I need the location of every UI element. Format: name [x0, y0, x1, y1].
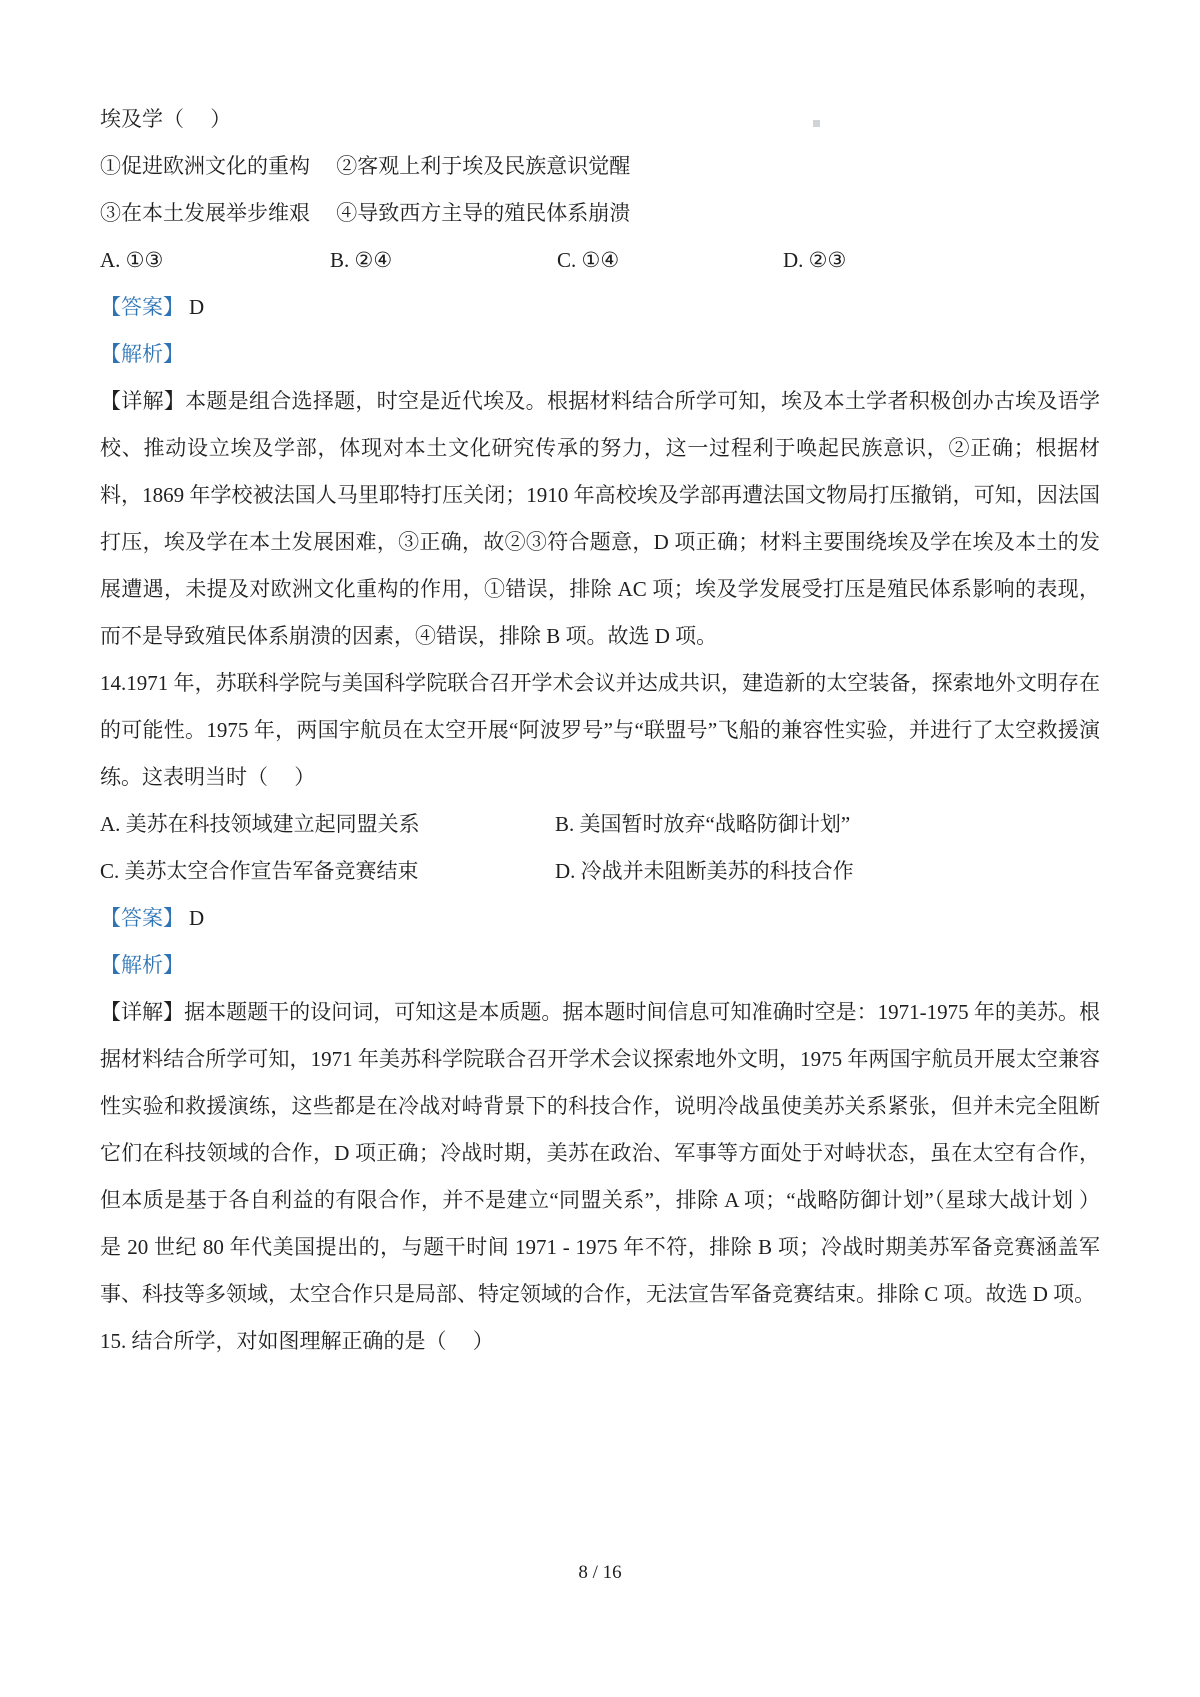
answer-label: 【答案】 [100, 295, 184, 319]
q13-detail-paragraph: 【详解】本题是组合选择题，时空是近代埃及。根据材料结合所学可知，埃及本土学者积极… [100, 378, 1100, 660]
q14-answer-value: D [189, 906, 204, 930]
document-page-content: 埃及学（ ） ①促进欧洲文化的重构 ②客观上利于埃及民族意识觉醒 ③在本土发展举… [100, 96, 1100, 1365]
page-number-footer: 8 / 16 [0, 1560, 1200, 1586]
q15-number: 15. [100, 1329, 126, 1353]
q14-stem-paragraph: 14.1971 年，苏联科学院与美国科学院联合召开学术会议并达成共识，建造新的太… [100, 660, 1100, 801]
q13-answer-line: 【答案】D [100, 284, 1100, 331]
analysis-label: 【解析】 [100, 953, 184, 977]
q15-stem-line: 15. 结合所学，对如图理解正确的是（ ） [100, 1318, 1100, 1365]
q13-analysis-line: 【解析】 [100, 331, 1100, 378]
q13-options-row: A. ①③ B. ②④ C. ①④ D. ②③ [100, 237, 1100, 284]
q14-answer-line: 【答案】D [100, 895, 1100, 942]
q13-option-b: B. ②④ [330, 237, 557, 284]
q13-option-d: D. ②③ [783, 237, 1100, 284]
analysis-label: 【解析】 [100, 342, 184, 366]
q14-number: 14. [100, 671, 126, 695]
q14-option-d: D. 冷战并未阻断美苏的科技合作 [555, 848, 1100, 895]
q13-option-c: C. ①④ [557, 237, 783, 284]
q14-options-grid: A. 美苏在科技领域建立起同盟关系 B. 美国暂时放弃“战略防御计划” C. 美… [100, 801, 1100, 895]
q15-stem-text: 结合所学，对如图理解正确的是（ ） [126, 1329, 494, 1353]
q13-detail-text: 本题是组合选择题，时空是近代埃及。根据材料结合所学可知，埃及本土学者积极创办古埃… [100, 389, 1100, 648]
q13-statement-3-4: ③在本土发展举步维艰 ④导致西方主导的殖民体系崩溃 [100, 190, 1100, 237]
q14-detail-paragraph: 【详解】据本题题干的设问词，可知这是本质题。据本题时间信息可知准确时空是：197… [100, 989, 1100, 1318]
q14-option-c: C. 美苏太空合作宣告军备竞赛结束 [100, 848, 555, 895]
q13-answer-value: D [189, 295, 204, 319]
q14-analysis-line: 【解析】 [100, 942, 1100, 989]
q14-detail-text: 据本题题干的设问词，可知这是本质题。据本题时间信息可知准确时空是：1971-19… [100, 1000, 1100, 1306]
q13-statement-1-2: ①促进欧洲文化的重构 ②客观上利于埃及民族意识觉醒 [100, 143, 1100, 190]
q13-option-a: A. ①③ [100, 237, 330, 284]
detail-label: 【详解】 [100, 1000, 184, 1024]
q14-option-b: B. 美国暂时放弃“战略防御计划” [555, 801, 1100, 848]
detail-label: 【详解】 [100, 389, 185, 413]
q14-stem-text: 1971 年，苏联科学院与美国科学院联合召开学术会议并达成共识，建造新的太空装备… [100, 671, 1100, 789]
q13-stem-tail: 埃及学（ ） [100, 96, 1100, 143]
q14-option-a: A. 美苏在科技领域建立起同盟关系 [100, 801, 555, 848]
answer-label: 【答案】 [100, 906, 184, 930]
